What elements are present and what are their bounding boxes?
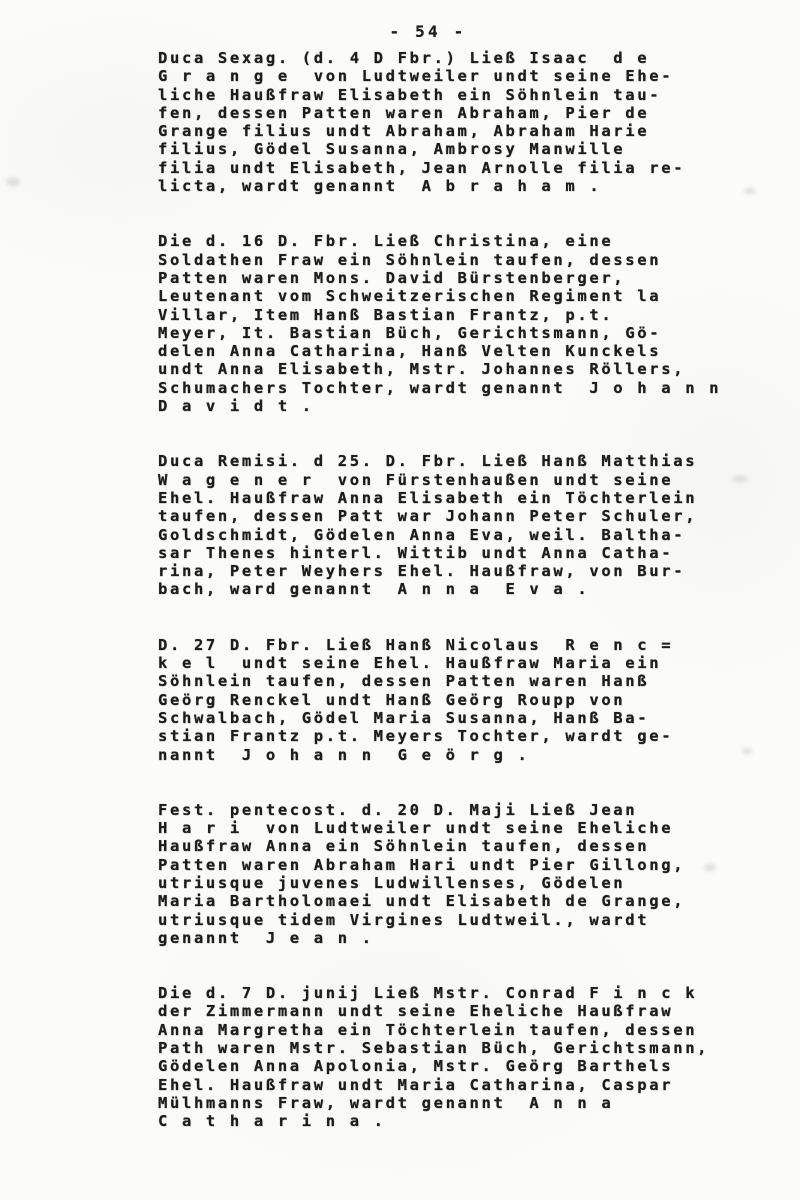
scan-smudge — [6, 178, 20, 186]
baptism-record-5: Fest. pentecost. d. 20 D. Maji Ließ Jean… — [158, 801, 768, 947]
scan-smudge — [744, 188, 756, 194]
scan-smudge — [704, 864, 716, 871]
baptism-record-4: D. 27 D. Fbr. Ließ Hanß Nicolaus R e n c… — [158, 636, 768, 764]
scanned-document-page: - 54 - Duca Sexag. (d. 4 D Fbr.) Ließ Is… — [0, 0, 800, 1200]
baptism-record-3: Duca Remisi. d 25. D. Fbr. Ließ Hanß Mat… — [158, 452, 768, 598]
baptism-record-1: Duca Sexag. (d. 4 D Fbr.) Ließ Isaac d e… — [158, 49, 768, 195]
records-block: Duca Sexag. (d. 4 D Fbr.) Ließ Isaac d e… — [158, 49, 768, 1168]
page-number: - 54 - — [158, 22, 698, 41]
baptism-record-2: Die d. 16 D. Fbr. Ließ Christina, eine S… — [158, 232, 768, 415]
baptism-record-6: Die d. 7 D. junij Ließ Mstr. Conrad F i … — [158, 984, 768, 1130]
scan-smudge — [732, 476, 748, 482]
scan-smudge — [742, 748, 752, 754]
